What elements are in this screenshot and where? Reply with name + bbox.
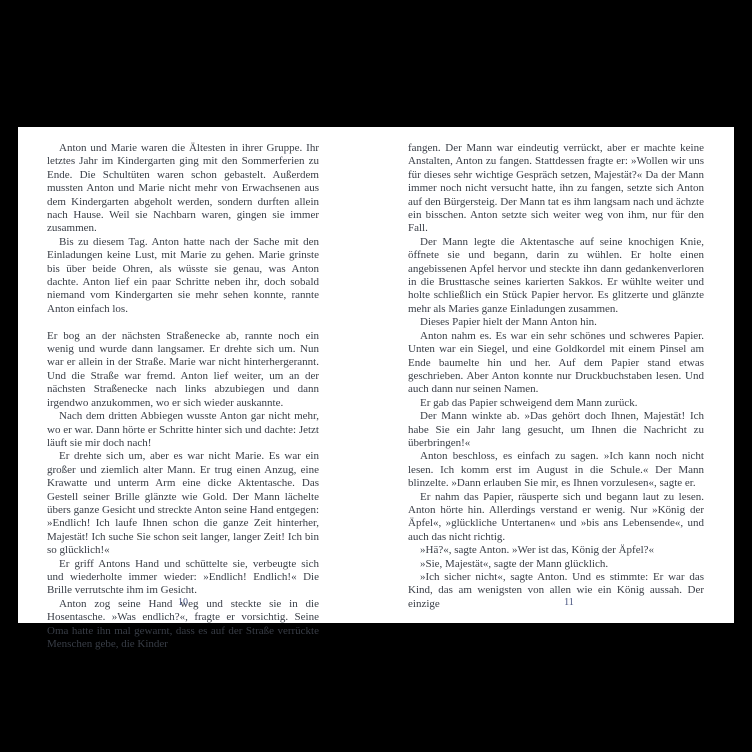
paragraph: Er nahm das Papier, räusperte sich und b… xyxy=(408,491,704,545)
book-spread: Anton und Marie waren die Ältesten in ih… xyxy=(18,127,734,623)
paragraph: Der Mann winkte ab. »Das gehört doch Ihn… xyxy=(408,410,704,450)
paragraph: Er griff Antons Hand und schüttelte sie,… xyxy=(47,558,319,598)
paragraph: »Hä?«, sagte Anton. »Wer ist das, König … xyxy=(408,544,704,557)
paragraph: Bis zu diesem Tag. Anton hatte nach der … xyxy=(47,236,319,316)
page-number: 11 xyxy=(421,597,717,609)
paragraph: Anton nahm es. Es war ein sehr schönes u… xyxy=(408,330,704,397)
paragraph: Der Mann legte die Aktentasche auf seine… xyxy=(408,236,704,316)
paragraph: Anton beschloss, es einfach zu sagen. »I… xyxy=(408,450,704,490)
paragraph: Dieses Papier hielt der Mann Anton hin. xyxy=(408,316,704,329)
page-number: 10 xyxy=(47,597,319,609)
right-page-text-column: fangen. Der Mann war eindeutig verrückt,… xyxy=(408,142,704,611)
paragraph: Er bog an der nächsten Straßenecke ab, r… xyxy=(47,330,319,410)
paragraph: Er gab das Papier schweigend dem Mann zu… xyxy=(408,397,704,410)
paragraph: »Sie, Majestät«, sagte der Mann glücklic… xyxy=(408,558,704,571)
paragraph: Nach dem dritten Abbiegen wusste Anton g… xyxy=(47,410,319,450)
left-page-text-column: Anton und Marie waren die Ältesten in ih… xyxy=(47,142,319,651)
paragraph: fangen. Der Mann war eindeutig verrückt,… xyxy=(408,142,704,236)
paragraph: Anton und Marie waren die Ältesten in ih… xyxy=(47,142,319,236)
paragraph: Er drehte sich um, aber es war nicht Mar… xyxy=(47,450,319,557)
